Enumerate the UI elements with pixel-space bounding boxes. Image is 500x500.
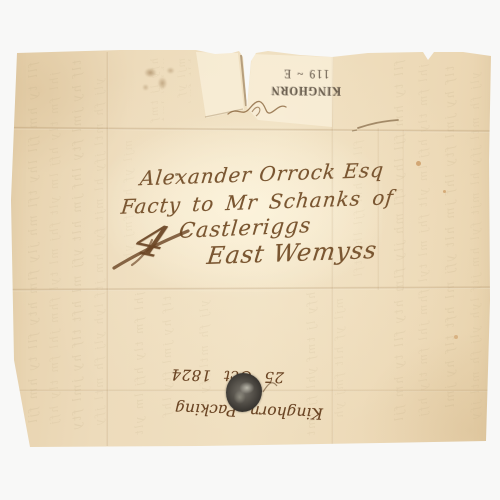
bleedthrough-script: tlf hy jml fty lhf jm hlt yfj ml hft tlf…	[70, 60, 84, 442]
rust-spot	[454, 335, 458, 339]
bleedthrough-script: tlf hy jml fty lhf jm hlt yfj ml hft tlf…	[443, 66, 457, 436]
postmark-town: KINGHORN	[268, 83, 344, 100]
bleedthrough-script: jhl fm tly hfj lm ylt fhj ml tyl fhm jhl…	[417, 64, 431, 438]
fold-line-vertical-far-right	[402, 130, 405, 290]
rust-spot	[443, 190, 446, 193]
bleedthrough-script: fll ty hm fjl lhy tfl mh jly flm hty fll…	[26, 62, 40, 442]
ink-smudge-stain	[136, 58, 184, 100]
rust-spot	[416, 161, 421, 166]
postmark-kinghorn: KINGHORN 119 ~ E	[262, 61, 350, 100]
bleedthrough-script: mjl yf hlt fmj yh ltf mjy hf ltj myf mjl…	[333, 298, 347, 438]
bleedthrough-script: jhl fm tly hfj lm ylt fhj ml tyl fhm jhl…	[133, 292, 147, 440]
bleedthrough-script: ylj fh mtl jfy hl mjt fyl hm jtf lyh ylj…	[469, 72, 483, 428]
photo-background: KINGHORN 119 ~ E Alexander Orrock Esq Fa…	[0, 0, 500, 500]
postmark-mileage: 119 ~ E	[268, 66, 344, 83]
postmark-text: KINGHORN 119 ~ E	[268, 66, 344, 100]
fold-line-vertical-left	[106, 52, 109, 446]
letter-paper: KINGHORN 119 ~ E Alexander Orrock Esq Fa…	[0, 0, 500, 500]
